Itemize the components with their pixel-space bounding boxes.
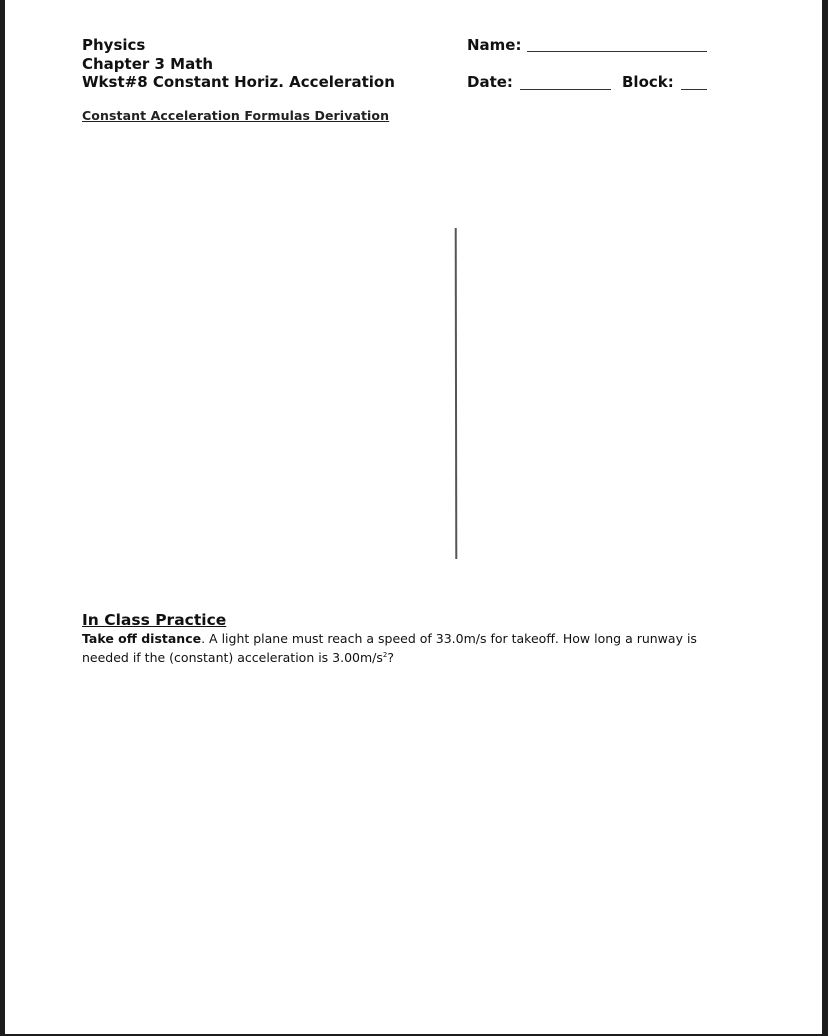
date-blank[interactable] — [520, 89, 611, 90]
block-label: Block: — [622, 73, 674, 91]
worksheet-page: Physics Chapter 3 Math Wkst#8 Constant H… — [5, 0, 822, 1034]
practice-problem: Take off distance. A light plane must re… — [82, 630, 742, 666]
derivation-heading: Constant Acceleration Formulas Derivatio… — [82, 108, 389, 123]
chapter-title: Chapter 3 Math — [82, 55, 395, 74]
block-blank[interactable] — [681, 89, 707, 90]
date-label: Date: — [467, 73, 513, 91]
name-label: Name: — [467, 36, 521, 54]
worksheet-header: Physics Chapter 3 Math Wkst#8 Constant H… — [82, 36, 395, 92]
problem-label: Take off distance — [82, 631, 201, 646]
name-blank[interactable] — [527, 51, 707, 52]
vertical-divider-line — [455, 228, 458, 559]
worksheet-title: Wkst#8 Constant Horiz. Acceleration — [82, 73, 395, 92]
practice-heading: In Class Practice — [82, 611, 226, 629]
course-title: Physics — [82, 36, 395, 55]
problem-text-end: ? — [387, 650, 394, 665]
